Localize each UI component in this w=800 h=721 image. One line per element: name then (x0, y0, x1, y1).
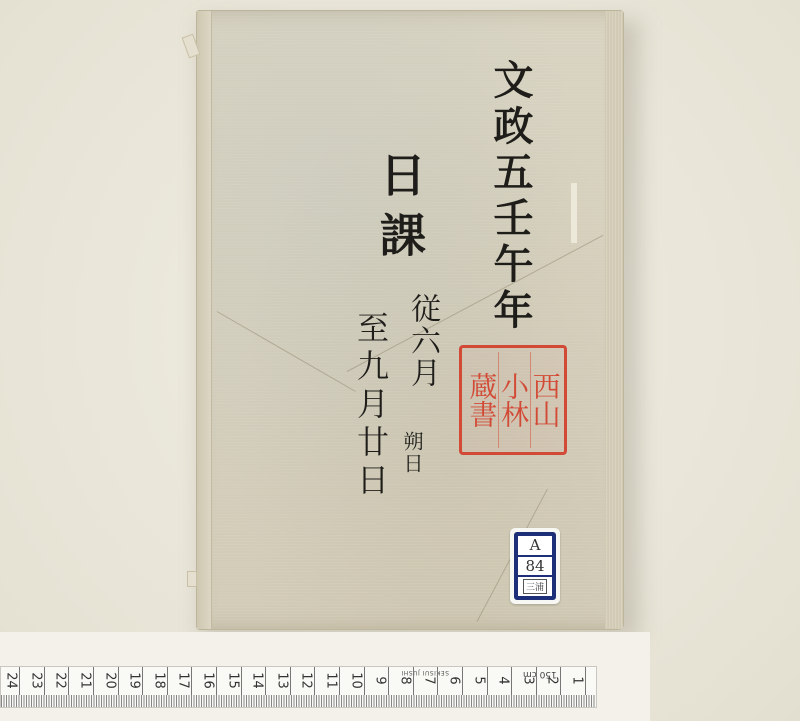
ruler-number: 13 (274, 671, 289, 691)
ruler-number: 15 (225, 671, 240, 691)
date-from-day: 朔日 (402, 431, 422, 475)
ruler-number: 11 (324, 671, 339, 691)
ruler-cm-line (364, 667, 365, 695)
ruler-number: 2 (545, 671, 560, 691)
ruler-cm-line (19, 667, 20, 695)
library-call-label: A 84 三浦 (510, 528, 560, 604)
ruler-cm-line (191, 667, 192, 695)
ruler-cm-line (118, 667, 119, 695)
paper-fray (187, 571, 197, 587)
ruler-number: 18 (151, 671, 166, 691)
ruler-cm-line (536, 667, 537, 695)
ruler-cm-line (68, 667, 69, 695)
ruler-tick-marks (1, 695, 596, 707)
ruler-number: 23 (28, 671, 43, 691)
ruler-number: 5 (471, 671, 486, 691)
ruler-number: 24 (4, 671, 19, 691)
ruler-number: 10 (348, 671, 363, 691)
date-from: 従六月 (407, 293, 437, 389)
ruler-number: 19 (127, 671, 142, 691)
ruler-cm-line (44, 667, 45, 695)
measuring-ruler: SEKISUI JUSHI 150 cm 1234567891011121314… (0, 666, 597, 708)
label-series: A (518, 536, 552, 557)
label-collection: 三浦 (518, 577, 552, 596)
seal-column: 小林 (498, 352, 527, 448)
ruler-cm-line (290, 667, 291, 695)
page-fore-edge (605, 11, 623, 629)
ruler-cm-line (216, 667, 217, 695)
ruler-number: 17 (176, 671, 191, 691)
ruler-number: 3 (520, 671, 535, 691)
ruler-number: 9 (373, 671, 388, 691)
ruler-number: 22 (53, 671, 68, 691)
ruler-cm-line (511, 667, 512, 695)
ruler-number: 6 (447, 671, 462, 691)
red-ownership-seal: 西山 小林 蔵書 (459, 345, 567, 455)
ruler-cm-line (314, 667, 315, 695)
ruler-number: 1 (570, 671, 585, 691)
ruler-cm-line (413, 667, 414, 695)
manuscript-booklet: 文政五壬午年 日課 従六月 朔日 至九月廿日 西山 小林 蔵書 A 84 三浦 (196, 10, 624, 630)
ruler-cm-line (437, 667, 438, 695)
ruler-cm-line (560, 667, 561, 695)
ruler-cm-line (462, 667, 463, 695)
seal-column: 蔵書 (467, 352, 495, 448)
ruler-number: 20 (102, 671, 117, 691)
ruler-cm-line (487, 667, 488, 695)
seal-column: 西山 (530, 352, 559, 448)
ruler-number: 7 (422, 671, 437, 691)
ruler-cm-line (585, 667, 586, 695)
ruler-cm-line (142, 667, 143, 695)
paper-fray (571, 183, 577, 243)
label-number: 84 (518, 557, 552, 578)
ruler-number: 4 (496, 671, 511, 691)
ruler-cm-line (167, 667, 168, 695)
ruler-number: 14 (250, 671, 265, 691)
ruler-cm-line (241, 667, 242, 695)
ruler-cm-line (265, 667, 266, 695)
ruler-number: 8 (397, 671, 412, 691)
bound-spine-edge (197, 11, 212, 629)
ruler-number: 12 (299, 671, 314, 691)
ruler-cm-line (93, 667, 94, 695)
date-to: 至九月廿日 (355, 311, 387, 501)
ruler-cm-line (388, 667, 389, 695)
era-inscription: 文政五壬午年 (490, 59, 530, 335)
diary-title: 日課 (377, 151, 423, 271)
ruler-cm-line (339, 667, 340, 695)
ruler-number: 21 (78, 671, 93, 691)
ruler-number: 16 (201, 671, 216, 691)
